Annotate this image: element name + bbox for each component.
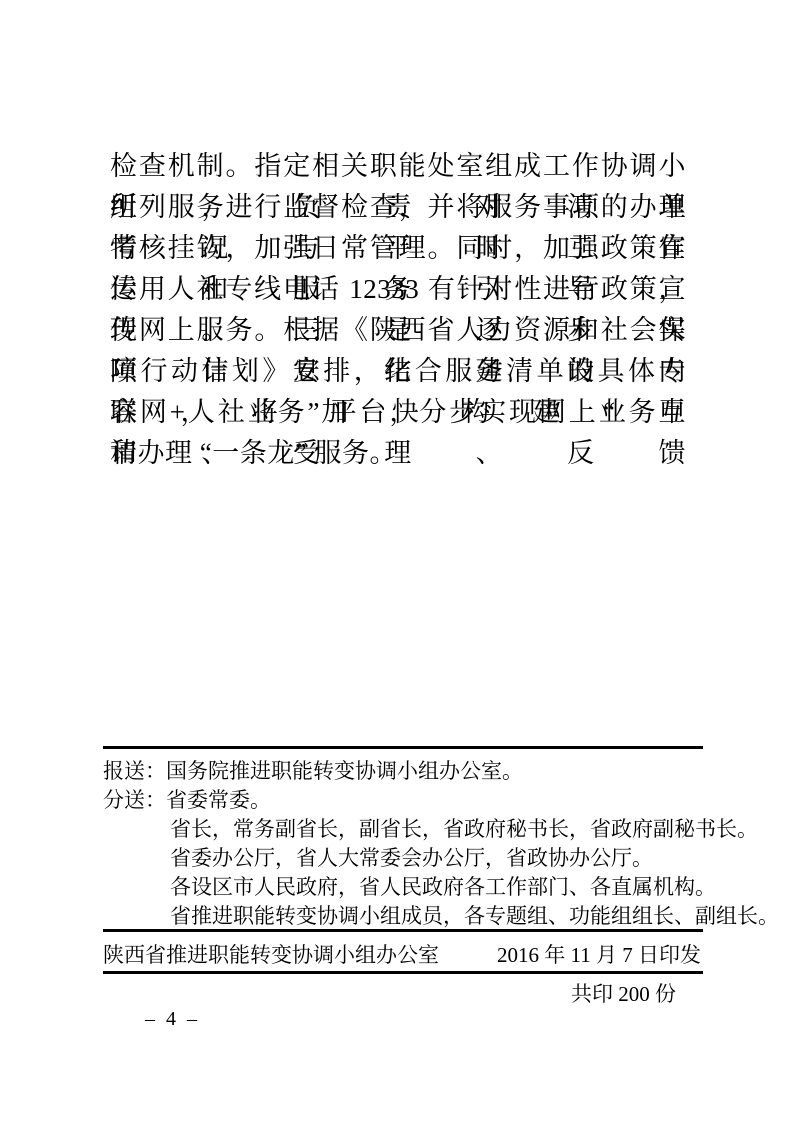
- body-line: 检查机制。指定相关职能处室组成工作协调小组，负责对清单: [110, 146, 686, 187]
- print-date: 2016 年 11 月 7 日印发: [497, 940, 701, 970]
- distribute-row: 分送：省委常委。: [103, 786, 703, 815]
- distribute-extra-row: 省推进职能转变协调小组成员，各专题组、功能组组长、副组长。: [103, 902, 703, 931]
- distribute-value: 省委常委。: [166, 788, 271, 812]
- body-line: 考核挂钩，加强日常管理。同时，加强政策宣传和服务引导，: [110, 228, 686, 269]
- distribute-label: 分送：: [103, 786, 166, 815]
- body-line: 运用人社专线电话 12333 有针对性进行政策宣传。三是逐步实: [110, 269, 686, 310]
- distribution-block: 报送：国务院推进职能转变协调小组办公室。 分送：省委常委。 省长，常务副省长，副…: [103, 757, 703, 931]
- report-to-label: 报送：: [103, 757, 166, 786]
- report-to-row: 报送：国务院推进职能转变协调小组办公室。: [103, 757, 703, 786]
- page-number: – 4 –: [145, 1008, 200, 1031]
- distribute-extra-row: 省长，常务副省长，副省长，省政府秘书长，省政府副秘书长。: [103, 815, 703, 844]
- distribution-top-rule: [103, 746, 703, 749]
- body-line: 现网上服务。根据《陕西省人力资源和社会保障信息化建设专: [110, 310, 686, 351]
- body-line: 项行动计划》安排，结合服务清单的具体内容，将加快构建“互: [110, 351, 686, 392]
- distribute-extra-row: 省委办公厅，省人大常委会办公厅，省政协办公厅。: [103, 844, 703, 873]
- issuer-name: 陕西省推进职能转变协调小组办公室: [103, 940, 439, 970]
- imprint-row: 陕西省推进职能转变协调小组办公室 2016 年 11 月 7 日印发: [103, 940, 701, 970]
- copies-count: 共印 200 份: [571, 982, 676, 1006]
- imprint-top-rule: [103, 929, 703, 932]
- body-line: 联网+人社业务” 平台，分步实现网上业务申请、受理、反馈: [110, 392, 686, 433]
- body-paragraph: 检查机制。指定相关职能处室组成工作协调小组，负责对清单 所列服务进行监督检查，并…: [110, 146, 686, 474]
- document-page: 检查机制。指定相关职能处室组成工作协调小组，负责对清单 所列服务进行监督检查，并…: [0, 0, 794, 1123]
- report-to-value: 国务院推进职能转变协调小组办公室。: [166, 759, 523, 783]
- distribute-extra-row: 各设区市人民政府，省人民政府各工作部门、各直属机构。: [103, 873, 703, 902]
- imprint-bottom-rule: [103, 971, 703, 974]
- copies-row: 共印 200 份: [103, 980, 676, 1008]
- body-line: 所列服务进行监督检查，并将服务事项的办理情况与平时工作: [110, 187, 686, 228]
